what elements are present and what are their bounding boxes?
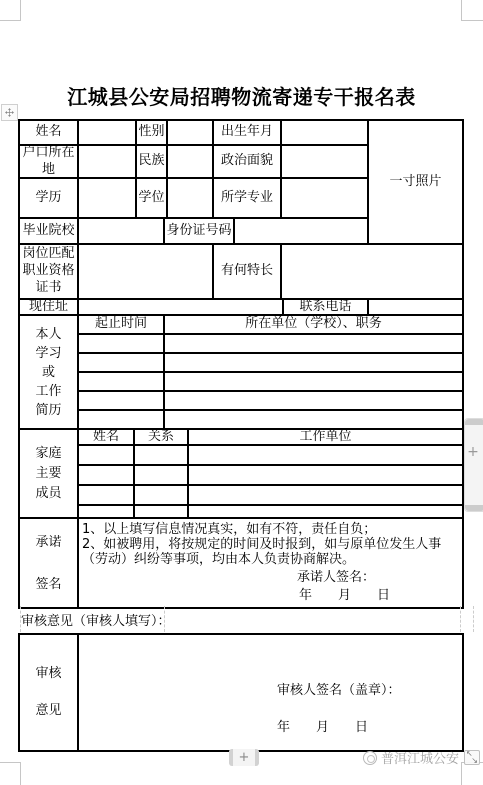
- form-title: 江城县公安局招聘物流寄递专干报名表: [0, 81, 483, 110]
- school-label-cell: 毕业院校: [18, 217, 79, 245]
- ethnicity-input-cell[interactable]: [166, 144, 214, 179]
- move-arrows-icon: [5, 108, 14, 117]
- household-input-cell[interactable]: [77, 144, 137, 179]
- family-unit-input-cell[interactable]: [187, 484, 464, 506]
- commitment-sign-label: 承诺人签名：: [297, 570, 375, 585]
- resume-time-input-cell[interactable]: [77, 333, 165, 354]
- watermark-text: 普洱江城公安: [381, 748, 459, 767]
- major-label-cell: 所学专业: [212, 177, 282, 219]
- school-input-cell[interactable]: [77, 217, 165, 245]
- commitment-section-label-cell: 承诺 签名: [18, 517, 79, 609]
- family-section-label-cell: 家庭 主要 成员: [18, 428, 79, 519]
- resume-unit-input-cell[interactable]: [163, 390, 464, 411]
- paragraph-boundary-mark: [20, 606, 21, 632]
- review-section-label-cell: 审核 意见: [18, 633, 79, 752]
- ethnicity-label-cell: 民族: [135, 144, 168, 179]
- paragraph-boundary-mark: [460, 606, 461, 632]
- household-label-cell: 户口所在地: [18, 144, 79, 179]
- photo-cell[interactable]: 一寸照片: [367, 119, 464, 245]
- cert-label-cell: 岗位匹配职业资格证书: [18, 243, 79, 300]
- commitment-content-cell[interactable]: 1、以上填写信息情况真实，如有不符，责任自负； 2、如被聘用，将按规定的时间及时…: [77, 517, 464, 609]
- resume-unit-input-cell[interactable]: [163, 352, 464, 373]
- add-column-button-bottom-cap: [465, 505, 483, 511]
- main-form-table: 姓名 性别 出生年月 一寸照片 户口所在地 民族 政治面貌 学历 学位 所学专业…: [18, 119, 464, 609]
- commitment-date-line: 年 月 日: [299, 588, 390, 603]
- crop-mark-bottom-left-icon: [0, 762, 21, 785]
- add-row-button-right-cap: [255, 749, 259, 766]
- resume-unit-input-cell[interactable]: [163, 371, 464, 392]
- commitment-line-1: 1、以上填写信息情况真实，如有不符，责任自负；: [82, 522, 458, 537]
- gender-input-cell[interactable]: [166, 119, 214, 146]
- family-name-input-cell[interactable]: [77, 464, 135, 486]
- add-column-button-top-cap: [465, 419, 483, 425]
- crop-mark-top-right-icon: [461, 0, 483, 21]
- family-relation-input-cell[interactable]: [133, 484, 189, 506]
- resume-unit-input-cell[interactable]: [163, 333, 464, 354]
- paragraph-boundary-mark: [473, 606, 474, 632]
- specialty-input-cell[interactable]: [280, 243, 464, 300]
- review-note-text: 审核意见（审核人填写）：: [21, 610, 171, 629]
- resume-time-header-cell: 起止时间: [77, 314, 165, 335]
- review-date-line: 年 月 日: [277, 720, 368, 735]
- paragraph-boundary-mark: [164, 606, 165, 632]
- degree-label-cell: 学位: [135, 177, 168, 219]
- birth-input-cell[interactable]: [280, 119, 369, 146]
- family-name-input-cell[interactable]: [77, 444, 135, 466]
- resume-time-input-cell[interactable]: [77, 390, 165, 411]
- police-badge-icon: [363, 751, 377, 765]
- plus-icon: +: [239, 751, 250, 764]
- education-label-cell: 学历: [18, 177, 79, 219]
- education-input-cell[interactable]: [77, 177, 137, 219]
- name-input-cell[interactable]: [77, 119, 137, 146]
- cert-input-cell[interactable]: [77, 243, 214, 300]
- crop-mark-bottom-right-icon: [461, 762, 483, 785]
- family-unit-input-cell[interactable]: [187, 464, 464, 486]
- add-row-button-left-cap: [229, 749, 233, 766]
- name-label-cell: 姓名: [18, 119, 79, 146]
- review-sign-label: 审核人签名（盖章）：: [277, 683, 401, 698]
- id-number-label-cell: 身份证号码: [163, 217, 235, 245]
- resume-unit-header-cell: 所在单位（学校）、职务: [163, 314, 464, 335]
- degree-input-cell[interactable]: [166, 177, 214, 219]
- major-input-cell[interactable]: [280, 177, 369, 219]
- id-number-input-cell[interactable]: [233, 217, 369, 245]
- political-input-cell[interactable]: [280, 144, 369, 179]
- commitment-line-2: 2、如被聘用，将按规定的时间及时报到，如与原单位发生人事（劳动）纠纷等事项，均由…: [82, 537, 458, 567]
- review-table: 审核 意见 审核人签名（盖章）： 年 月 日: [18, 633, 464, 752]
- resume-time-input-cell[interactable]: [77, 371, 165, 392]
- crop-mark-top-left-icon: [0, 0, 21, 21]
- birth-label-cell: 出生年月: [212, 119, 282, 146]
- resume-section-label-cell: 本人 学习 或 工作 简历: [18, 314, 79, 430]
- resume-unit-input-cell[interactable]: [163, 409, 464, 430]
- family-relation-input-cell[interactable]: [133, 464, 189, 486]
- family-unit-input-cell[interactable]: [187, 444, 464, 466]
- review-content-cell[interactable]: 审核人签名（盖章）： 年 月 日: [77, 633, 464, 752]
- gender-label-cell: 性别: [135, 119, 168, 146]
- family-name-input-cell[interactable]: [77, 484, 135, 506]
- political-label-cell: 政治面貌: [212, 144, 282, 179]
- table-move-handle[interactable]: [1, 104, 18, 121]
- table-resize-handle[interactable]: ↖ ↘: [464, 750, 480, 765]
- resume-time-input-cell[interactable]: [77, 352, 165, 373]
- family-relation-input-cell[interactable]: [133, 444, 189, 466]
- add-row-button[interactable]: +: [229, 749, 259, 766]
- document-page: 江城县公安局招聘物流寄递专干报名表 姓名 性别 出生年月 一寸照片 户口所在地 …: [0, 0, 483, 785]
- arrow-southeast-icon: ↘: [471, 757, 478, 765]
- watermark: 普洱江城公安: [363, 748, 459, 767]
- plus-icon: +: [465, 445, 481, 459]
- specialty-label-cell: 有何特长: [212, 243, 282, 300]
- resume-time-input-cell[interactable]: [77, 409, 165, 430]
- add-column-button[interactable]: +: [464, 418, 483, 512]
